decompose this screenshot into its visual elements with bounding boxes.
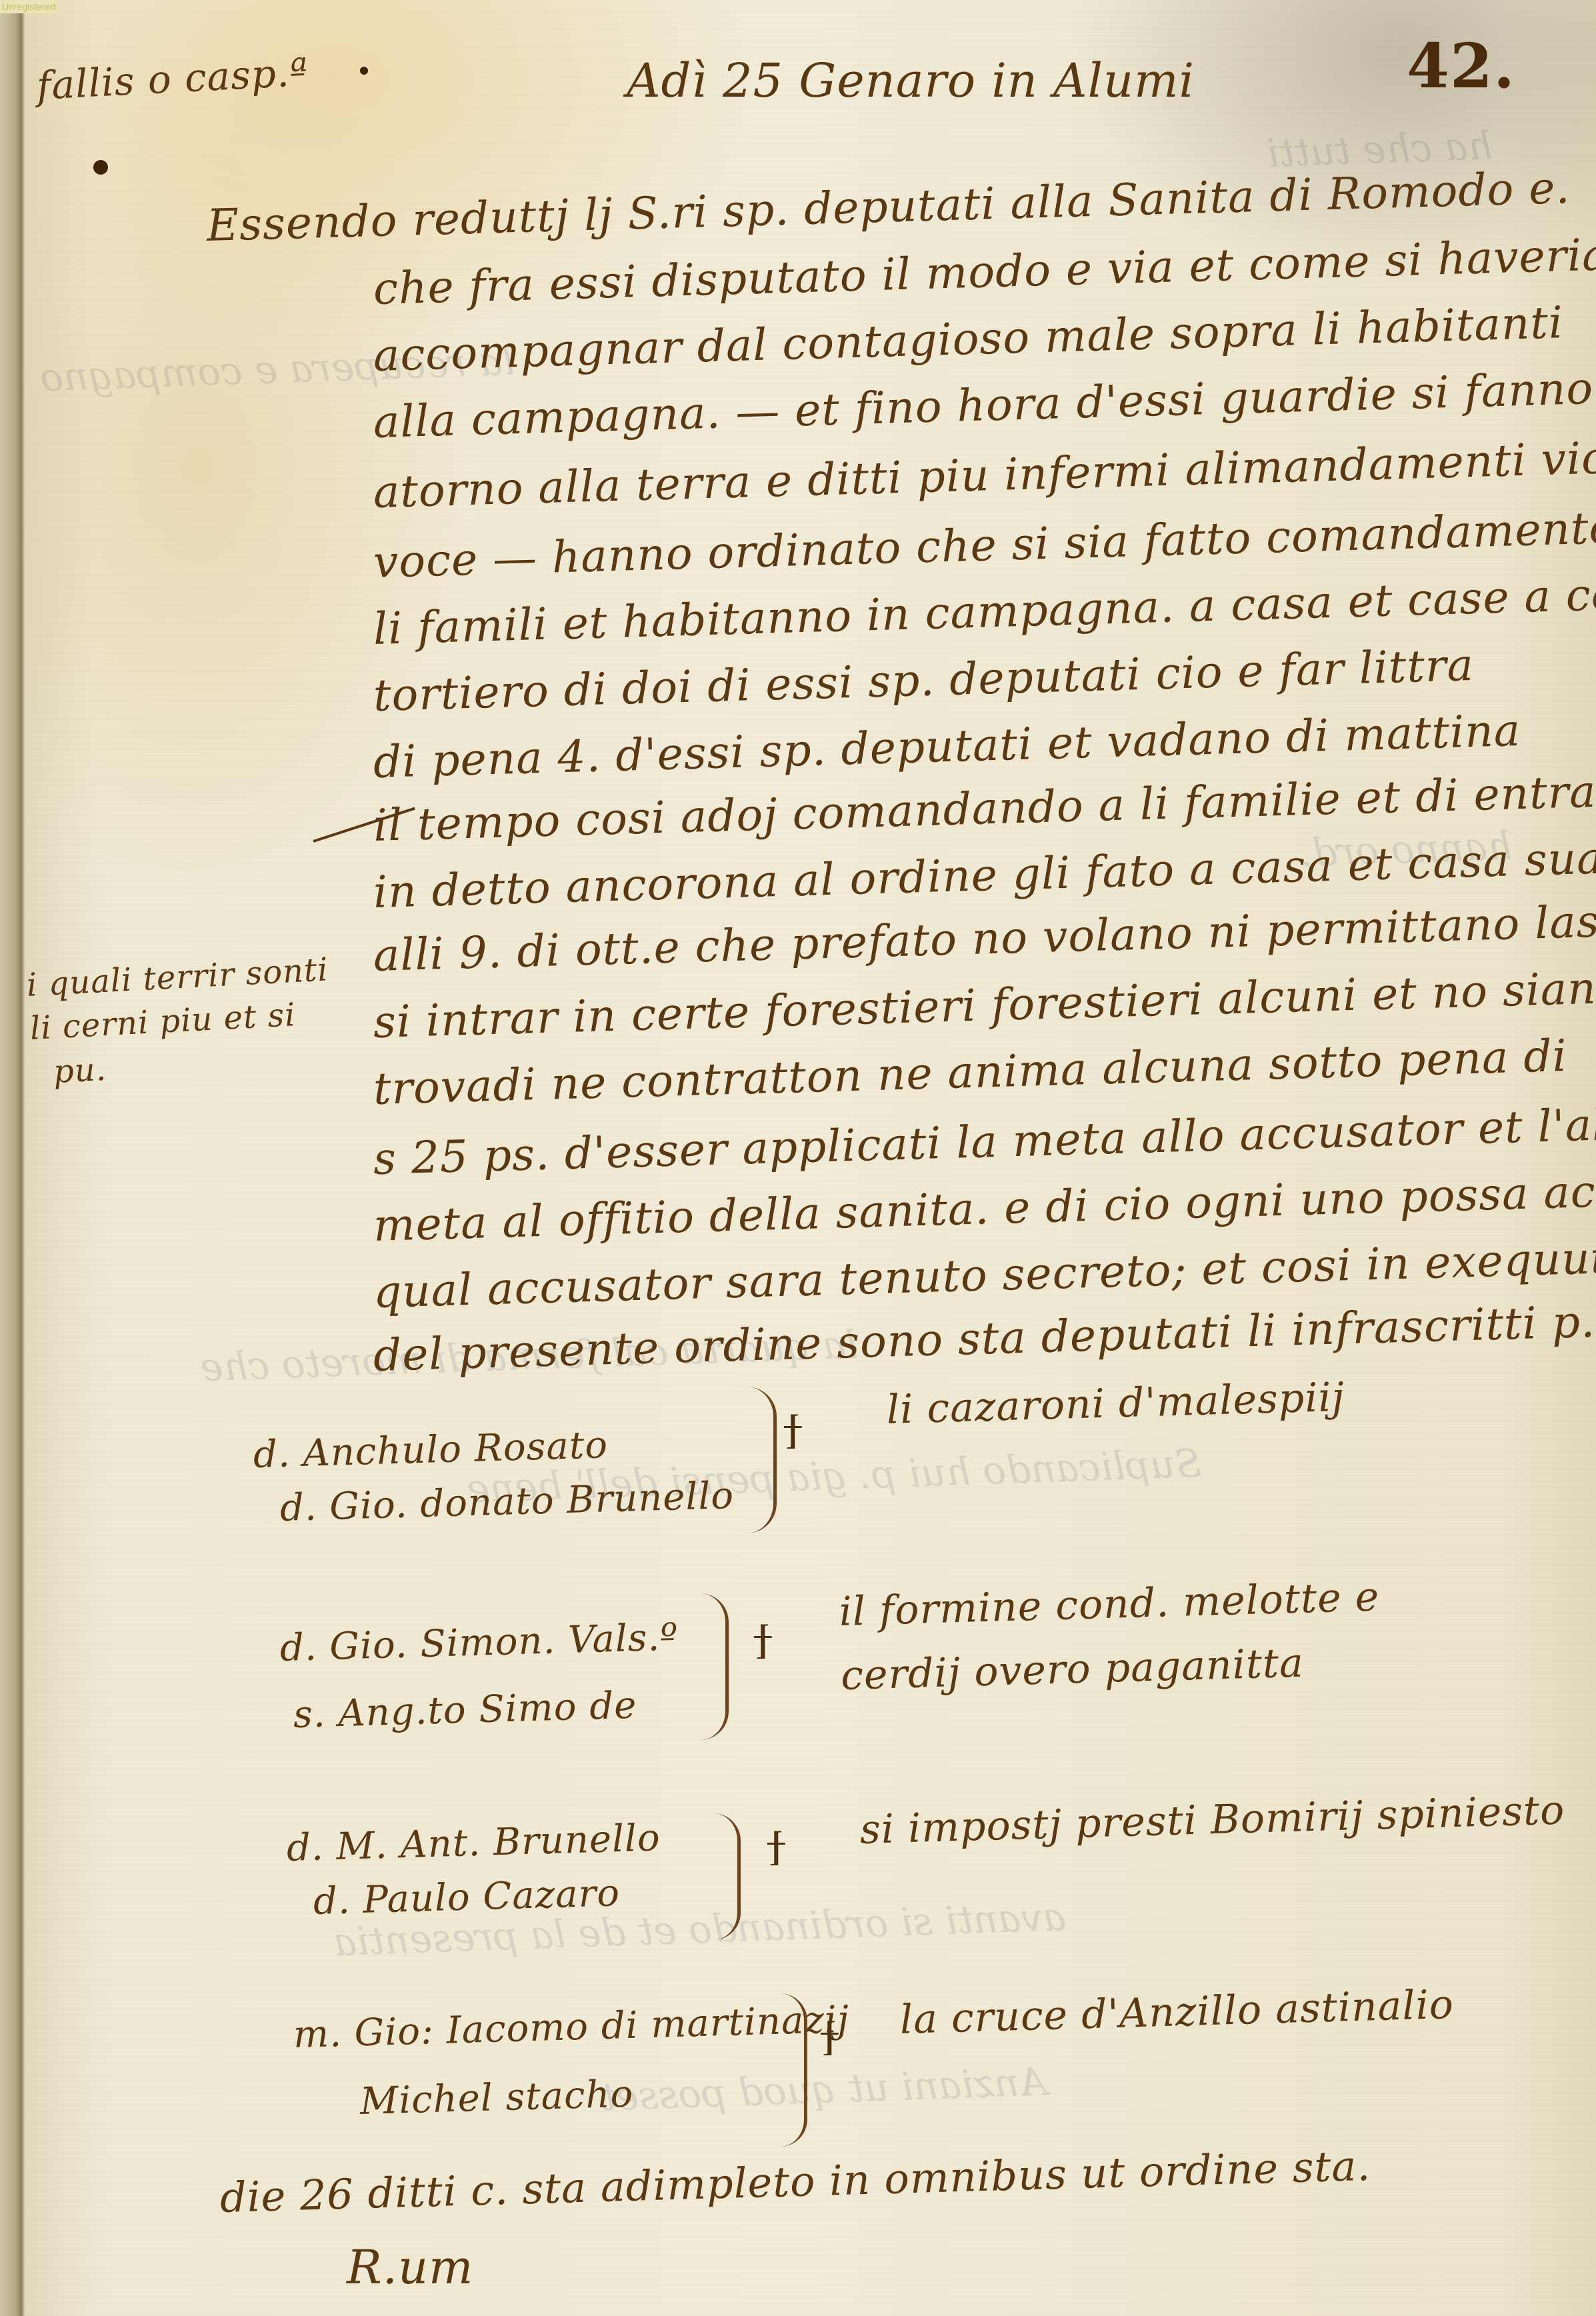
paragraph-marker-icon: [93, 160, 108, 175]
body-line: tortiero di doi di essi sp. deputati cio…: [373, 639, 1475, 721]
header-top-left-note: fallis o casp.ª: [35, 49, 309, 109]
deputy-name: d. Gio. donato Brunello: [279, 1474, 735, 1530]
closing-line: die 26 ditti c. sta adimpleto in omnibus…: [219, 2141, 1371, 2222]
deputy-name: Michel stacho: [359, 2073, 634, 2123]
deputy-name: d. Paulo Cazaro: [313, 1871, 621, 1923]
margin-note-line: pu.: [53, 1051, 108, 1091]
brace-icon: [747, 1387, 777, 1533]
deputy-name: d. Gio. Simon. Vals.º: [279, 1615, 679, 1670]
brace-icon: [780, 1993, 807, 2147]
margin-note-line: li cerni piu et si: [29, 996, 297, 1047]
deputy-name: d. M. Ant. Brunello: [286, 1816, 661, 1870]
watermark-stub: Unregistered: [0, 0, 57, 13]
body-line: atorno alla terra e ditti piu infermi al…: [373, 431, 1596, 518]
page-binding-edge: [0, 0, 25, 2316]
manuscript-page: Unregistered ha che tutti la recupera e …: [0, 0, 1596, 2316]
cross-mark-icon: ϯ: [753, 1613, 773, 1671]
cross-mark-icon: ϯ: [820, 2010, 839, 2068]
signature: R.um: [347, 2240, 473, 2295]
cross-mark-icon: ϯ: [783, 1403, 803, 1461]
deputy-name: s. Ang.to Simo de: [293, 1684, 637, 1737]
header-dot: [360, 67, 368, 75]
deputy-name: d. Anchulo Rosato: [253, 1423, 609, 1477]
cross-mark-icon: ϯ: [767, 1820, 786, 1878]
folio-number: 42.: [1407, 30, 1515, 102]
deputy-assignment: si impostj presti Bomirij spiniesto: [859, 1787, 1565, 1853]
deputy-name: m. Gio: Iacomo di martinazij: [293, 1998, 850, 2057]
brace-icon: [713, 1813, 741, 1940]
page-title: Adì 25 Genaro in Alumi: [627, 53, 1195, 108]
brace-icon: [700, 1593, 729, 1740]
deputy-assignment: li cazaroni d'malespiij: [886, 1374, 1345, 1433]
deputy-assignment: il formine cond. melotte e cerdij overo …: [838, 1561, 1508, 1708]
bleed-through-text: Anziani ut quod posset: [599, 2059, 1048, 2119]
deputy-assignment: la cruce d'Anzillo astinalio: [899, 1981, 1455, 2043]
